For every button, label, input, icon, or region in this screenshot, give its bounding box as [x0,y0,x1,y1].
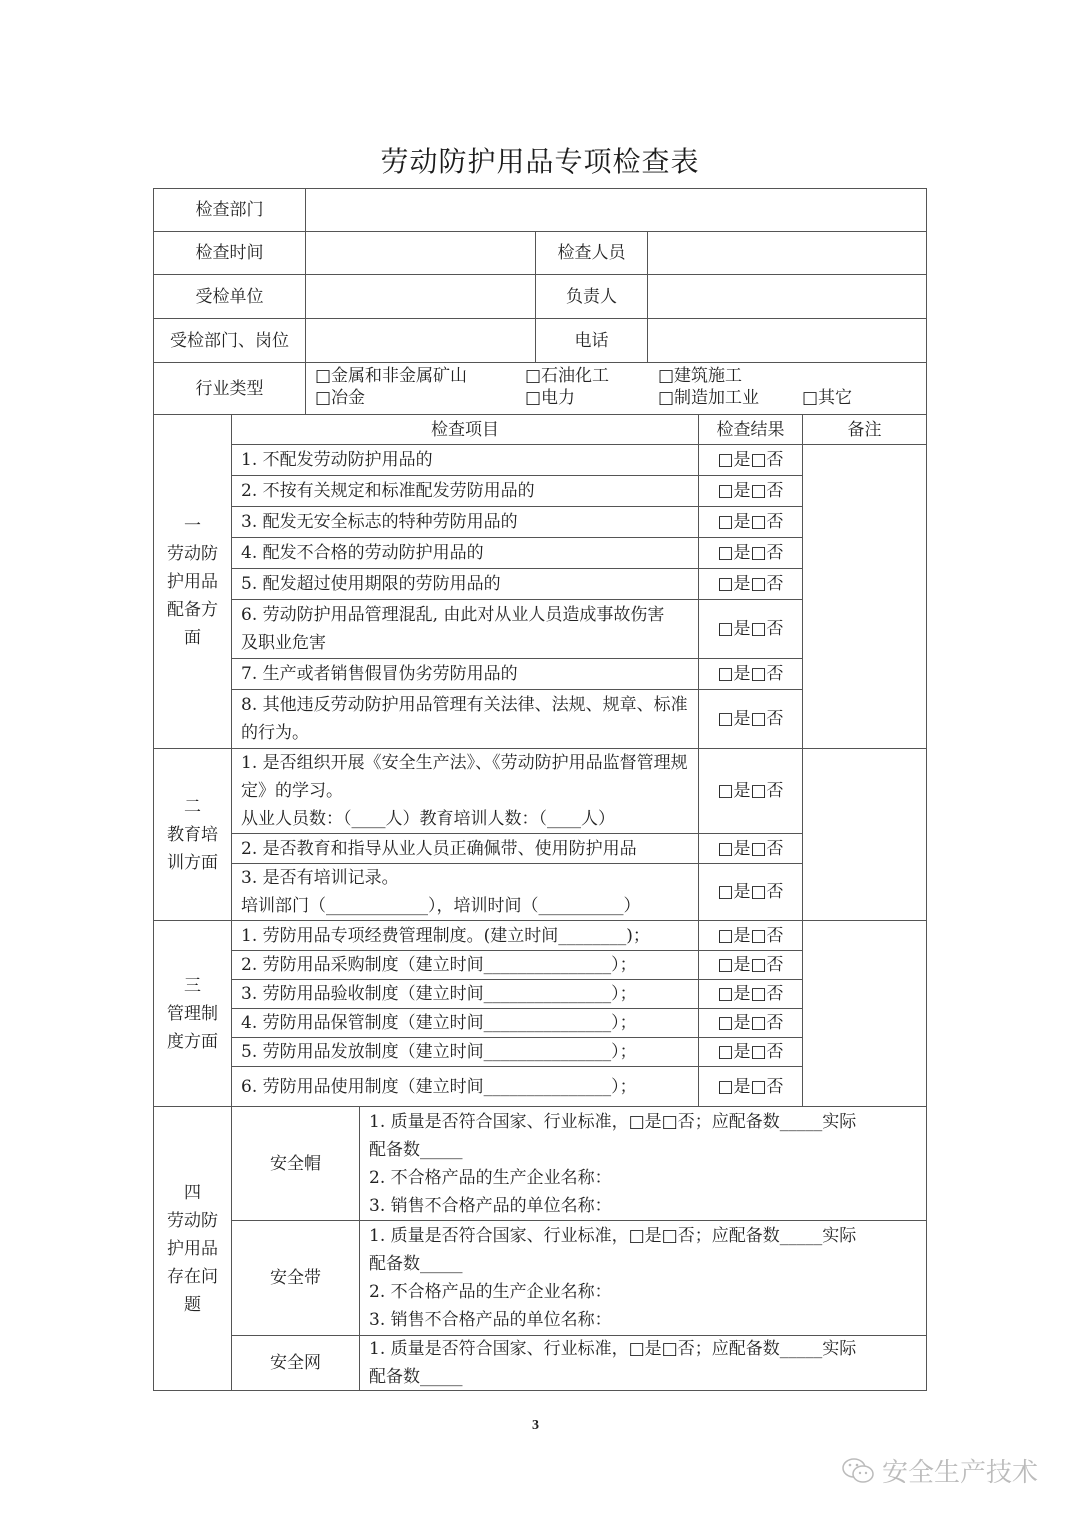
industry-option-metallurgy[interactable]: □冶金 [315,387,365,409]
section-4-name-line: 护用品 [167,1235,218,1263]
manufacturer-line[interactable]: 2. 不合格产品的生产企业名称： [369,1278,612,1306]
yes-no-checkbox[interactable]: □是□否 [698,950,803,980]
industry-option-construction[interactable]: □建筑施工 [658,365,742,387]
yes-no-checkbox[interactable]: □是□否 [698,568,803,600]
time-field[interactable] [305,231,536,275]
yes-no-checkbox[interactable]: □是□否 [698,748,803,834]
dept-label: 检查部门 [153,188,306,232]
watermark-text: 安全生产技术 [882,1452,1038,1489]
yes-no-checkbox[interactable]: □是□否 [698,1037,803,1067]
industry-option-manufacturing[interactable]: □制造加工业 [658,387,759,409]
check-item-text: 3. 是否有培训记录。 [241,864,399,892]
seller-line[interactable]: 3. 销售不合格产品的单位名称： [369,1306,612,1334]
manufacturer-line[interactable]: 2. 不合格产品的生产企业名称： [369,1164,612,1192]
yes-no-checkbox[interactable]: □是□否 [698,833,803,864]
yes-no-checkbox[interactable]: □是□否 [698,475,803,507]
unit-field[interactable] [305,274,536,319]
industry-option-petrochemical[interactable]: □石油化工 [525,365,609,387]
section-3-remark[interactable] [802,920,927,1107]
actual-count-line[interactable]: 配备数_____ [369,1363,463,1391]
check-item: 8. 其他违反劳动防护用品管理有关法律、法规、规章、标准的行为。 [231,689,699,749]
section-2-label: 二 教育培 训方面 [153,748,232,921]
check-item-text: 6. 劳动防护用品管理混乱, 由此对从业人员造成事故伤害及职业危害 [241,601,681,657]
yes-no-checkbox[interactable]: □是□否 [698,599,803,659]
yes-no-checkbox[interactable]: □是□否 [698,537,803,569]
check-item: 6. 劳防用品使用制度（建立时间_______________）； [231,1066,699,1107]
post-label: 受检部门、岗位 [153,318,306,363]
industry-option-mining[interactable]: □金属和非金属矿山 [315,365,467,387]
unit-label: 受检单位 [153,274,306,319]
check-item-text: 8. 其他违反劳动防护用品管理有关法律、法规、规章、标准的行为。 [241,691,691,747]
check-item: 4. 配发不合格的劳动防护用品的 [231,537,699,569]
check-item: 2. 不按有关规定和标准配发劳防用品的 [231,475,699,507]
wechat-icon [840,1456,876,1486]
section-2-name-line: 教育培 [167,821,218,849]
yes-no-checkbox[interactable]: □是□否 [698,689,803,749]
product-details-net: 1. 质量是否符合国家、行业标准，□是□否；应配备数_____实际 配备数___… [359,1335,927,1391]
quality-line[interactable]: 1. 质量是否符合国家、行业标准，□是□否；应配备数_____实际 [369,1222,856,1250]
check-item: 4. 劳防用品保管制度（建立时间_______________）； [231,1008,699,1038]
column-header-result: 检查结果 [698,414,803,445]
section-1-name-line: 护用品 [167,568,218,596]
section-1-name-line: 劳动防 [167,540,218,568]
training-record-line[interactable]: 培训部门（____________），培训时间（__________） [241,892,641,920]
section-3-label: 三 管理制 度方面 [153,920,232,1107]
yes-no-checkbox[interactable]: □是□否 [698,920,803,951]
column-header-remark: 备注 [802,414,927,445]
column-header-item: 检查项目 [231,414,699,445]
section-1-name-line: 配备方 [167,596,218,624]
dept-field[interactable] [305,188,927,232]
check-item-text: 1. 是否组织开展《安全生产法》、《劳动防护用品监督管理规定》的学习。 [241,749,691,805]
inspector-field[interactable] [647,231,927,275]
leader-label: 负责人 [535,274,648,319]
check-item: 3. 是否有培训记录。 培训部门（____________），培训时间（____… [231,863,699,921]
yes-no-checkbox[interactable]: □是□否 [698,1008,803,1038]
seller-line[interactable]: 3. 销售不合格产品的单位名称： [369,1192,612,1220]
yes-no-checkbox[interactable]: □是□否 [698,1066,803,1107]
section-1-number: 一 [184,512,201,540]
check-item: 5. 劳防用品发放制度（建立时间_______________）； [231,1037,699,1067]
section-3-name-line: 管理制 [167,1000,218,1028]
staff-count-line[interactable]: 从业人员数：（____人）教育培训人数：（____人） [241,805,691,833]
watermark: 安全生产技术 [840,1452,1038,1489]
actual-count-line[interactable]: 配备数_____ [369,1250,463,1278]
yes-no-checkbox[interactable]: □是□否 [698,444,803,476]
quality-line[interactable]: 1. 质量是否符合国家、行业标准，□是□否；应配备数_____实际 [369,1108,856,1136]
section-4-name-line: 存在问 [167,1263,218,1291]
check-item: 6. 劳动防护用品管理混乱, 由此对从业人员造成事故伤害及职业危害 [231,599,699,659]
section-2-remark[interactable] [802,748,927,921]
section-1-label: 一 劳动防 护用品 配备方 面 [153,414,232,749]
product-name-net: 安全网 [231,1335,360,1391]
section-1-name-line: 面 [184,624,201,652]
check-item: 3. 劳防用品验收制度（建立时间_______________）； [231,979,699,1009]
yes-no-checkbox[interactable]: □是□否 [698,658,803,690]
page-title: 劳动防护用品专项检查表 [0,140,1080,180]
phone-field[interactable] [647,318,927,363]
leader-field[interactable] [647,274,927,319]
industry-option-power[interactable]: □电力 [525,387,575,409]
check-item: 7. 生产或者销售假冒伪劣劳防用品的 [231,658,699,690]
yes-no-checkbox[interactable]: □是□否 [698,863,803,921]
check-item: 1. 劳防用品专项经费管理制度。(建立时间________)； [231,920,699,951]
check-item: 1. 不配发劳动防护用品的 [231,444,699,476]
page-number: 3 [532,1418,539,1434]
check-item: 1. 是否组织开展《安全生产法》、《劳动防护用品监督管理规定》的学习。 从业人员… [231,748,699,834]
product-name-helmet: 安全帽 [231,1106,360,1221]
section-2-number: 二 [184,793,201,821]
actual-count-line[interactable]: 配备数_____ [369,1136,463,1164]
section-3-name-line: 度方面 [167,1028,218,1056]
check-item: 3. 配发无安全标志的特种劳防用品的 [231,506,699,538]
section-4-name-line: 题 [184,1291,201,1319]
yes-no-checkbox[interactable]: □是□否 [698,506,803,538]
section-1-remark[interactable] [802,444,927,749]
time-label: 检查时间 [153,231,306,275]
yes-no-checkbox[interactable]: □是□否 [698,979,803,1009]
check-item: 2. 劳防用品采购制度（建立时间_______________）； [231,950,699,980]
section-4-number: 四 [184,1179,201,1207]
check-item: 2. 是否教育和指导从业人员正确佩带、使用防护用品 [231,833,699,864]
quality-line[interactable]: 1. 质量是否符合国家、行业标准，□是□否；应配备数_____实际 [369,1335,856,1363]
post-field[interactable] [305,318,536,363]
product-details-harness: 1. 质量是否符合国家、行业标准，□是□否；应配备数_____实际 配备数___… [359,1220,927,1336]
check-item: 5. 配发超过使用期限的劳防用品的 [231,568,699,600]
section-3-number: 三 [184,972,201,1000]
product-details-helmet: 1. 质量是否符合国家、行业标准，□是□否；应配备数_____实际 配备数___… [359,1106,927,1221]
industry-option-other[interactable]: □其它 [802,387,852,409]
phone-label: 电话 [535,318,648,363]
inspector-label: 检查人员 [535,231,648,275]
section-2-name-line: 训方面 [167,849,218,877]
section-4-label: 四 劳动防 护用品 存在问 题 [153,1106,232,1391]
section-4-name-line: 劳动防 [167,1207,218,1235]
product-name-harness: 安全带 [231,1220,360,1336]
industry-label: 行业类型 [153,362,306,415]
